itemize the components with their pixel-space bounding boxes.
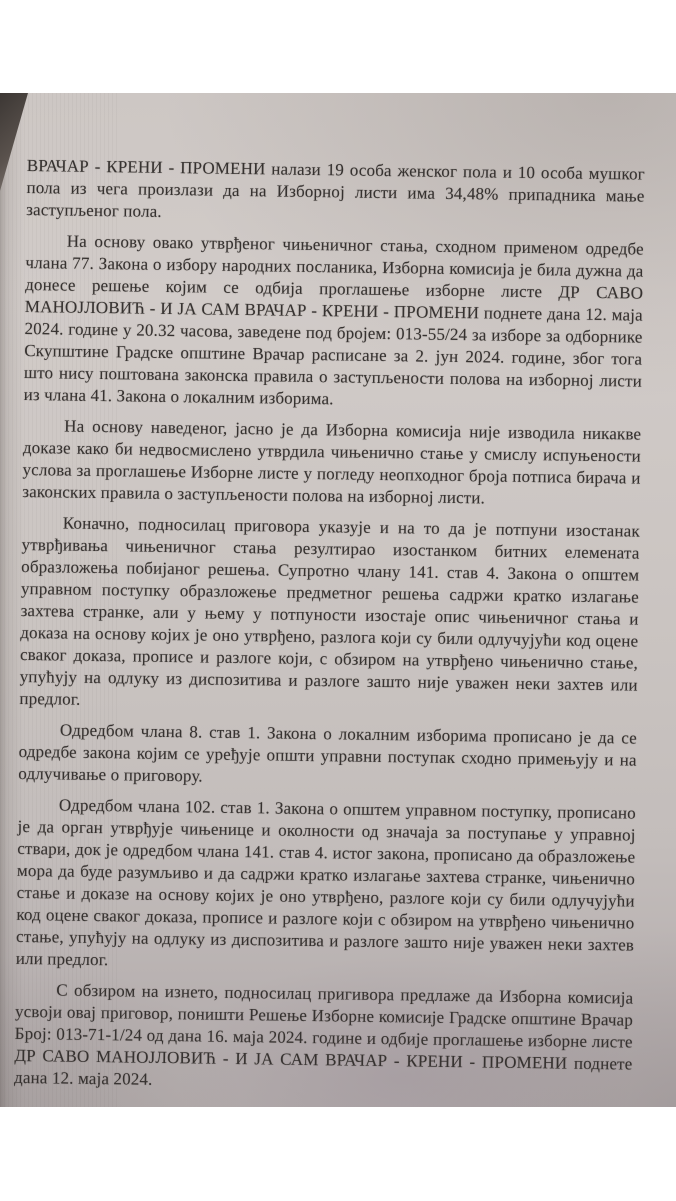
paragraph-article-102-and-141: Одредбом члана 102. став 1. Закона о опш… bbox=[16, 794, 636, 979]
document-photo: ВРАЧАР - КРЕНИ - ПРОМЕНИ налази 19 особа… bbox=[0, 93, 676, 1107]
paragraph-missing-reasoning-141: Коначно, подносилац приговора указује и … bbox=[19, 512, 640, 719]
paragraph-article-8-local-elections: Одредбом члана 8. став 1. Закона о локал… bbox=[18, 719, 637, 794]
paragraph-article-77-obligation: На основу овако утврђеног чињеничног ста… bbox=[23, 230, 643, 415]
paragraph-no-evidence-finding: На основу наведеног, јасно је да Изборна… bbox=[22, 415, 641, 512]
paragraph-final-proposal: С обзиром на изнето, подносилац пригивор… bbox=[14, 979, 633, 1098]
document-text: ВРАЧАР - КРЕНИ - ПРОМЕНИ налази 19 особа… bbox=[14, 155, 645, 1107]
paragraph-gender-quota-statement: ВРАЧАР - КРЕНИ - ПРОМЕНИ налази 19 особа… bbox=[26, 155, 645, 230]
